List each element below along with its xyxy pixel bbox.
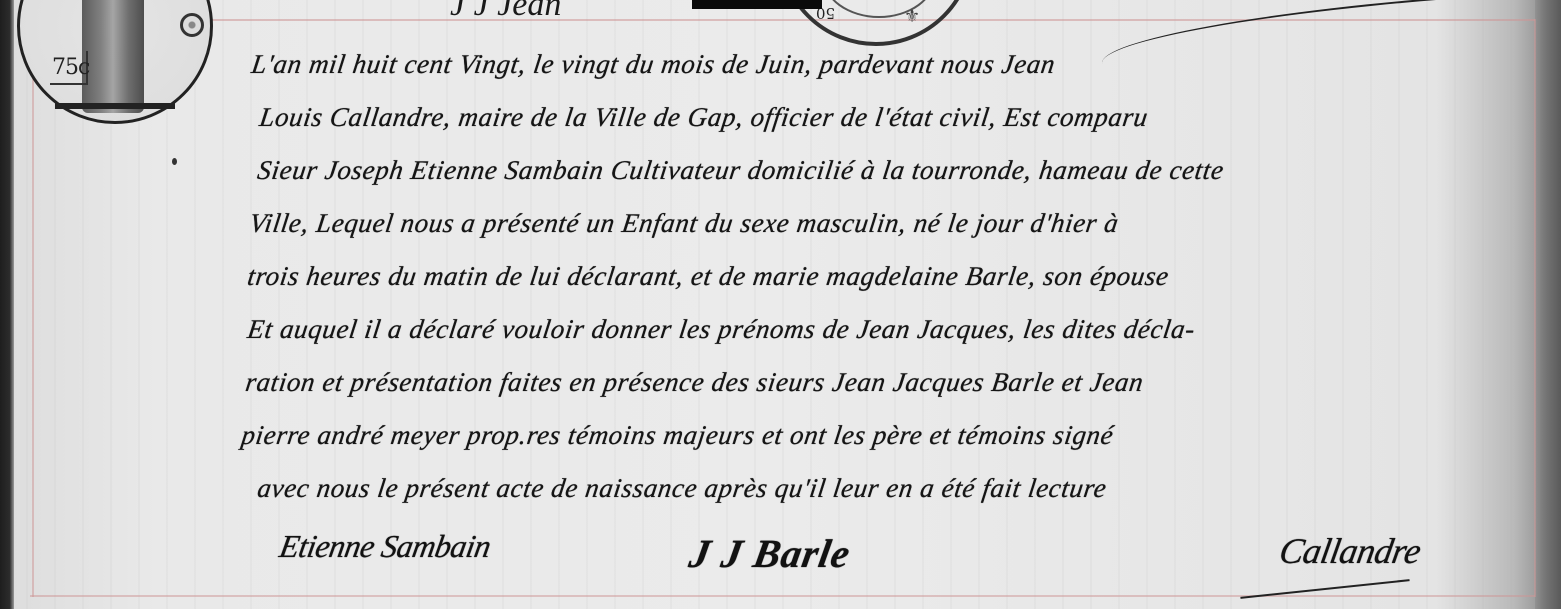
binding-edge: [0, 0, 14, 609]
margin-rule-bottom: [30, 595, 1535, 597]
stamp-value: 75c: [52, 55, 89, 80]
tax-stamp-icon: 75c: [17, 0, 213, 124]
signature-declarant: Etienne Sambain: [277, 528, 494, 565]
act-line: L'an mil huit cent Vingt, le vingt du mo…: [248, 38, 1535, 91]
register-page: 75c 50 ⚜ J J Jean L'an mil huit cent Vin…: [0, 0, 1561, 609]
act-line: avec nous le présent acte de naissance a…: [254, 462, 1535, 515]
act-line: pierre andré meyer prop.res témoins maje…: [238, 409, 1535, 462]
act-body: L'an mil huit cent Vingt, le vingt du mo…: [238, 38, 1528, 515]
ink-blot: [172, 158, 177, 165]
act-line: Et auquel il a déclaré vouloir donner le…: [244, 303, 1535, 356]
act-line: Ville, Lequel nous a présenté un Enfant …: [246, 197, 1535, 250]
fleur-de-lis-icon: ⚜: [904, 6, 920, 27]
signature-witness: J J Barle: [686, 530, 854, 577]
act-line: Sieur Joseph Etienne Sambain Cultivateur…: [254, 144, 1535, 197]
act-line: ration et présentation faites en présenc…: [242, 356, 1535, 409]
page-gutter-shadow: [1535, 0, 1561, 609]
stamp-wheel-icon: [180, 13, 204, 37]
margin-rule-left: [32, 19, 34, 597]
stamp-figure-icon: [82, 0, 144, 113]
header-scrawl: J J Jean: [450, 0, 561, 24]
redaction-bar: [692, 0, 822, 9]
stamp-pedestal: [55, 103, 175, 109]
act-line: trois heures du matin de lui déclarant, …: [244, 250, 1535, 303]
act-line: Louis Callandre, maire de la Ville de Ga…: [256, 91, 1535, 144]
signature-mayor: Callandre: [1276, 530, 1424, 572]
